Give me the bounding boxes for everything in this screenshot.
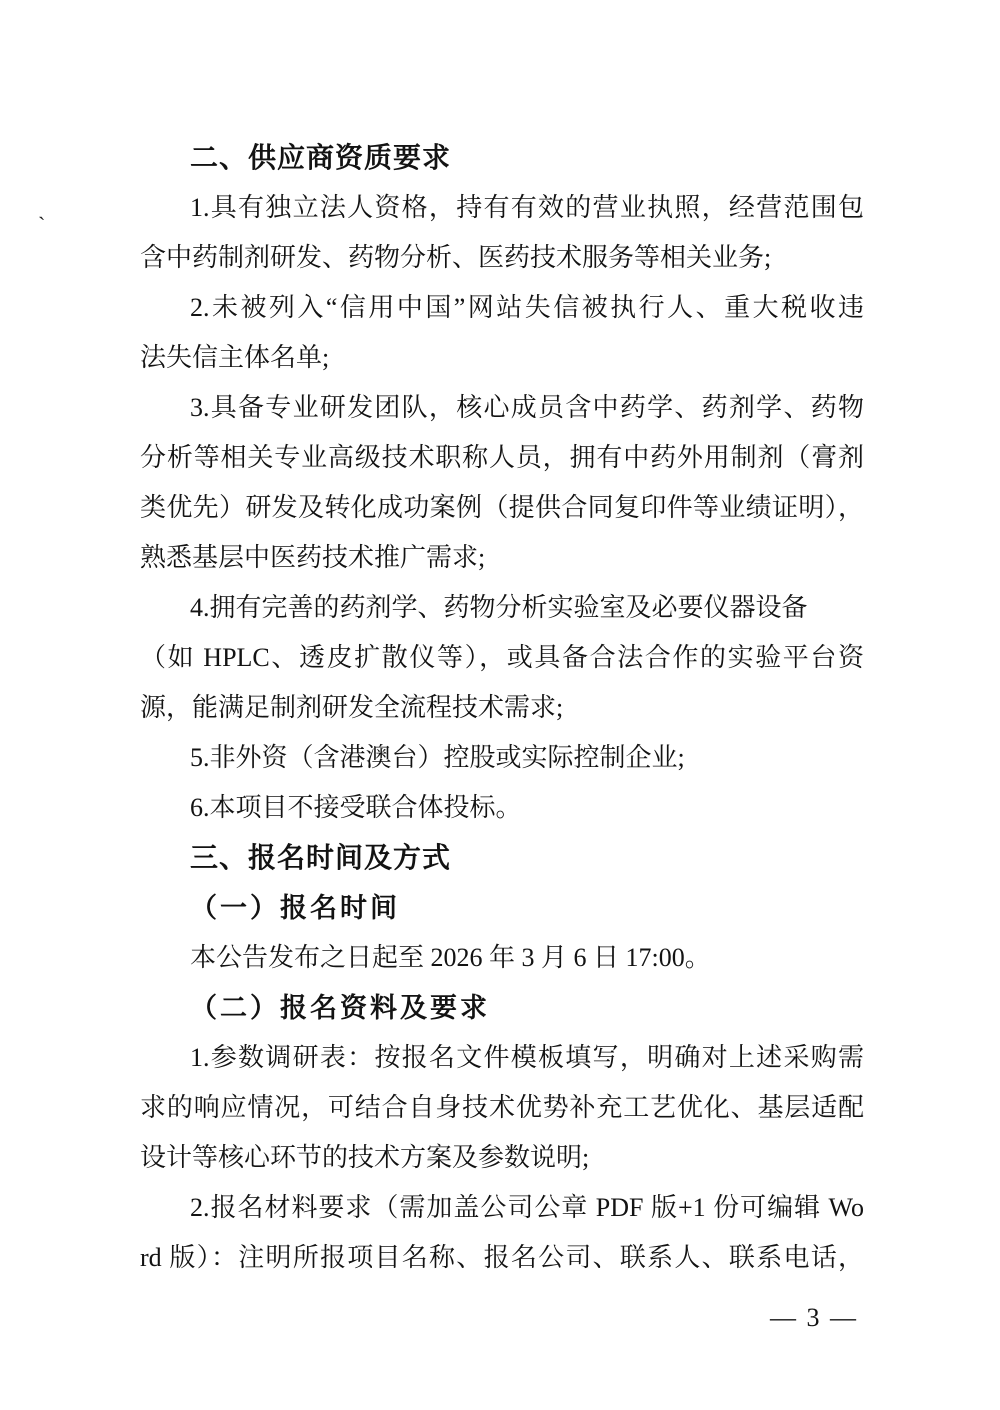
- text-line: 4.拥有完善的药剂学、药物分析实验室及必要仪器设备: [140, 583, 864, 633]
- subsection-heading-registration-materials: （二）报名资料及要求: [140, 983, 864, 1033]
- text-line: 熟悉基层中医药技术推广需求;: [140, 533, 864, 583]
- text-line: 6.本项目不接受联合体投标。: [140, 783, 864, 833]
- text-line: 源，能满足制剂研发全流程技术需求;: [140, 683, 864, 733]
- section-heading-registration-time-method: 三、报名时间及方式: [140, 833, 864, 883]
- subsection-heading-registration-time: （一）报名时间: [140, 883, 864, 933]
- stray-scan-mark: ˋ: [38, 212, 45, 238]
- text-line: 2.未被列入“信用中国”网站失信被执行人、重大税收违: [140, 283, 864, 333]
- section-heading-supplier-qualifications: 二、供应商资质要求: [140, 133, 864, 183]
- text-line: 2.报名材料要求（需加盖公司公章 PDF 版+1 份可编辑 Wo: [140, 1183, 864, 1233]
- text-line: 类优先）研发及转化成功案例（提供合同复印件等业绩证明），: [140, 483, 864, 533]
- text-line: 3.具备专业研发团队，核心成员含中药学、药剂学、药物: [140, 383, 864, 433]
- text-line: 1.具有独立法人资格，持有有效的营业执照，经营范围包: [140, 183, 864, 233]
- text-line: （如 HPLC、透皮扩散仪等），或具备合法合作的实验平台资: [140, 633, 864, 683]
- text-line: 求的响应情况，可结合自身技术优势补充工艺优化、基层适配: [140, 1083, 864, 1133]
- text-line: 含中药制剂研发、药物分析、医药技术服务等相关业务;: [140, 233, 864, 283]
- text-line: 1.参数调研表：按报名文件模板填写，明确对上述采购需: [140, 1033, 864, 1083]
- document-body: 二、供应商资质要求 1.具有独立法人资格，持有有效的营业执照，经营范围包 含中药…: [140, 133, 864, 1283]
- page-number: — 3 —: [770, 1293, 858, 1343]
- text-line: 法失信主体名单;: [140, 333, 864, 383]
- text-line: 分析等相关专业高级技术职称人员，拥有中药外用制剂（膏剂: [140, 433, 864, 483]
- text-line: rd 版）：注明所报项目名称、报名公司、联系人、联系电话，: [140, 1233, 864, 1283]
- text-line: 设计等核心环节的技术方案及参数说明;: [140, 1133, 864, 1183]
- text-line: 本公告发布之日起至 2026 年 3 月 6 日 17:00。: [140, 933, 864, 983]
- document-page: ˋ 二、供应商资质要求 1.具有独立法人资格，持有有效的营业执照，经营范围包 含…: [0, 0, 1000, 1410]
- text-line: 5.非外资（含港澳台）控股或实际控制企业;: [140, 733, 864, 783]
